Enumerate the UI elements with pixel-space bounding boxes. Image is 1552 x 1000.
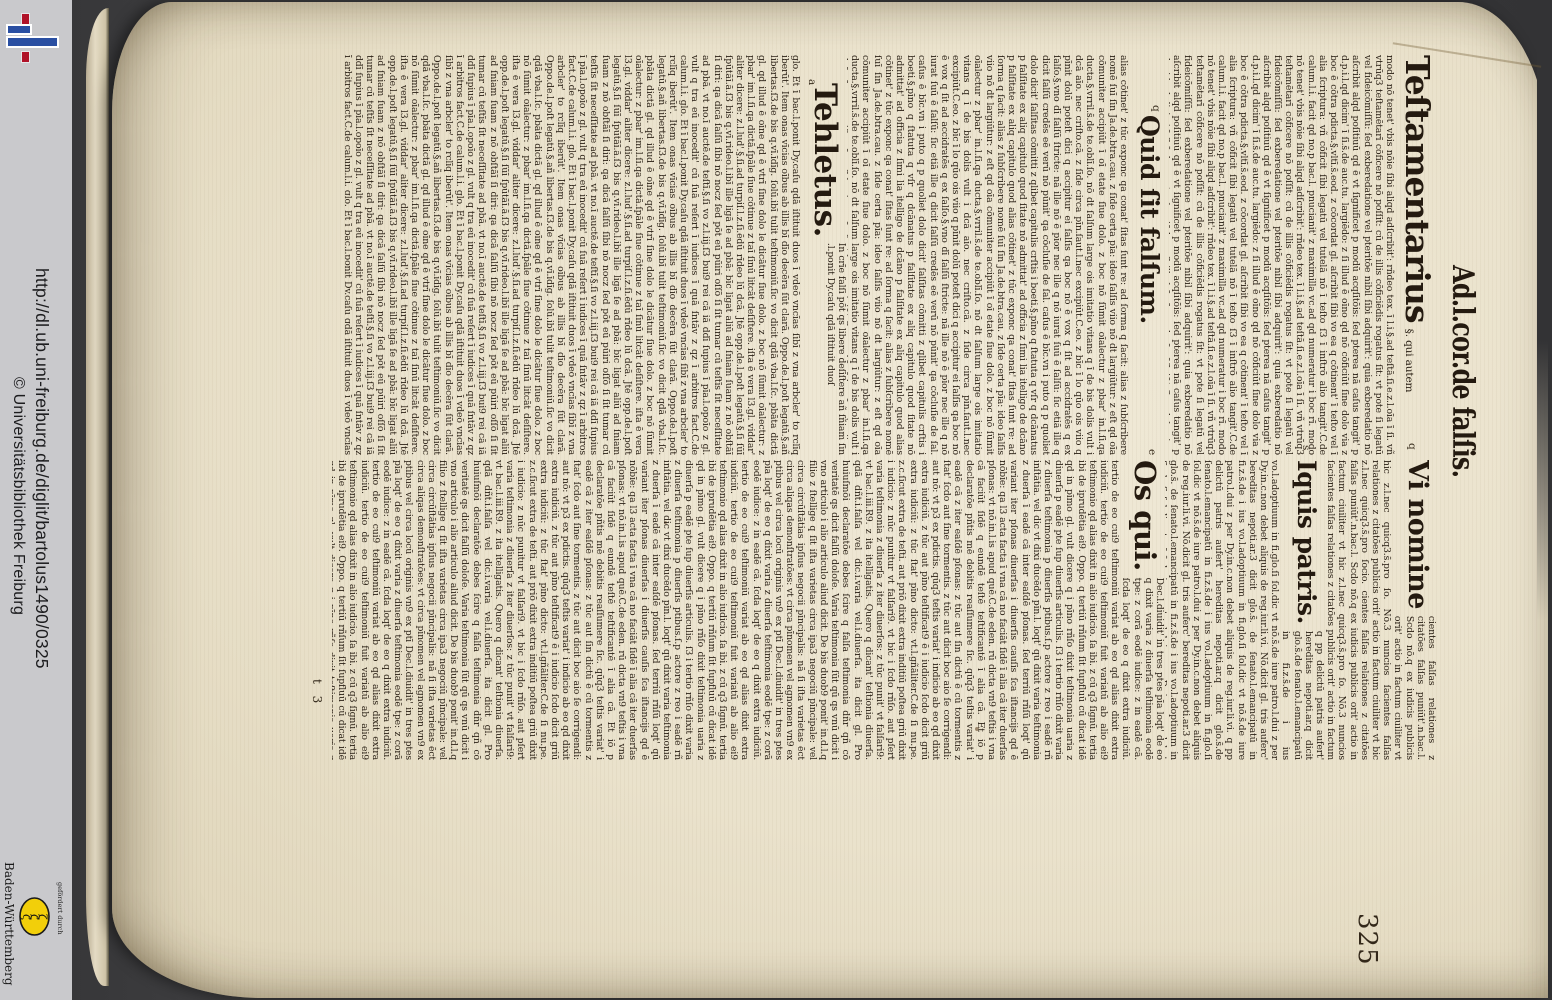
- lemma-heading-tehletus: Tehletus. In crīe falſi pōt qs libere de…: [801, 55, 847, 455]
- running-header: Ad.l.cor.de falſis.: [1445, 265, 1480, 477]
- section-testamentarius: Teſtamentarius§. qui autem modo nō tenet…: [1169, 55, 1437, 455]
- logo-red-square: [22, 52, 29, 62]
- scan-url-text: http://dl.ub.uni-freiburg.de/diglit/bart…: [31, 268, 52, 669]
- section-iquis-patris: Iquis patris. q pp delictū patris aufert…: [1165, 460, 1325, 760]
- baden-wuerttemberg-coat-of-arms: ζ ζ ζ: [19, 897, 50, 936]
- lemma-heading-quid-sit-falsum: Quid ſit falſum.: [1129, 55, 1169, 455]
- body-text: alias cōtinet' z tūc exponc qa conat' ſi…: [847, 55, 1129, 455]
- funding-region-label: Baden-Württemberg: [2, 862, 16, 986]
- folio-number: 325: [1352, 913, 1382, 966]
- funding-label: gefördert durch: [56, 882, 64, 935]
- section-os-qui: Os qui. Dec.l.diuidit' in tres ptes pīa …: [332, 460, 1165, 760]
- library-sidebar: http://dl.ub.uni-freiburg.de/diglit/bart…: [0, 0, 72, 1000]
- text-column-b: Vi nomine cientes falſas relationes z ci…: [332, 460, 1437, 760]
- lemma-heading-iquis-patris: Iquis patris.: [1287, 460, 1325, 624]
- svg-text:ζ: ζ: [36, 914, 49, 920]
- copyright-text: © Universitätsbibliothek Freiburg: [9, 377, 27, 615]
- lemma-heading-testamentarius: Teſtamentarius§. qui autem: [1395, 55, 1437, 455]
- section-tehletus: glo. Et ī bac.l.ponit Dy.caſu qdā iſtitu…: [345, 55, 801, 455]
- logo-blue-bar: [6, 24, 32, 35]
- body-text: Dec.l.diuidit' in tres ptes pīa loqt' de…: [332, 460, 1165, 760]
- logo-blue-bar: [6, 36, 59, 48]
- signature-mark: t 3: [310, 679, 324, 707]
- body-text: modo nō tenet' vbis nōie ſibi aliqd adſc…: [1169, 55, 1395, 455]
- page-content-rotated: Ad.l.cor.de falſis. 325 q a q s e Teſtam…: [92, 5, 1542, 997]
- logo-red-square: [22, 14, 29, 24]
- text-column-a: Teſtamentarius§. qui autem modo nō tenet…: [345, 55, 1437, 455]
- section-vi-nomine: Vi nomine cientes falſas relationes z ci…: [1325, 460, 1437, 760]
- lemma-heading-vi-nomine: Vi nomine: [1397, 460, 1437, 609]
- section-quid-sit-falsum: alias cōtinet' z tūc exponc qa conat' ſi…: [847, 55, 1129, 455]
- scan-viewer: Ad.l.cor.de falſis. 325 q a q s e Teſtam…: [0, 0, 1552, 1000]
- lemma-heading-os-qui: Os qui.: [1125, 460, 1165, 571]
- body-text: glo. Et ī bac.l.ponit Dy.caſu qdā iſtitu…: [345, 55, 801, 455]
- ub-freiburg-logo: [0, 0, 72, 80]
